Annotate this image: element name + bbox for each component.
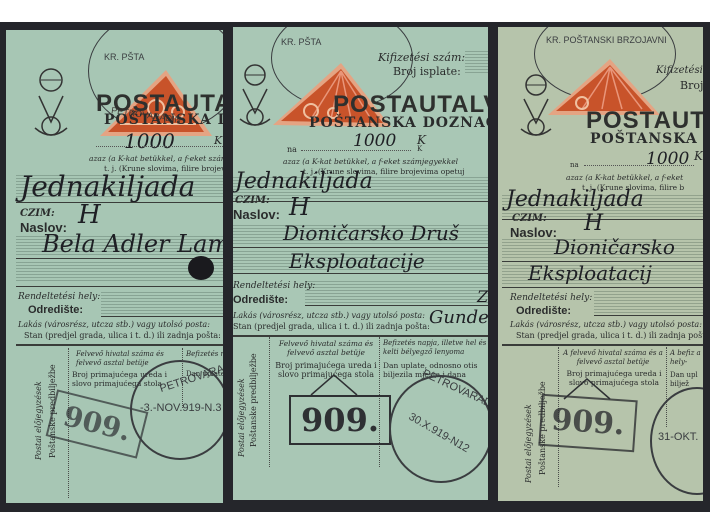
street-label-sr: Stan (predjel grada, ulica i t. d.) ili … [24, 331, 221, 340]
amount-handwritten: 1000 [124, 129, 175, 153]
postmark-text: KR. PŠTA [104, 52, 144, 62]
postal-notes-sr-vertical: Poštanske predbilježbe [249, 353, 258, 447]
currency-label-small: K [417, 145, 422, 153]
street-label-hu: Lakás (városrész, utcza stb.) vagy utols… [18, 320, 210, 329]
postal-notes-hu-vertical: Postai előjegyzések [524, 404, 533, 483]
address-label-sr: Naslov: [510, 225, 557, 240]
crown-posthorn-emblem-icon [31, 62, 71, 148]
amount-in-words-handwritten: Jednakiljada [20, 170, 195, 203]
footer-col2-hu: Befizetés napja, illetve hel és kelti bé… [383, 339, 487, 357]
destination-label-sr: Odredište: [233, 294, 288, 306]
street-label-sr: Stan (predjel grada, ulica i t. d.) ili … [233, 322, 430, 331]
title-serbocroatian: POŠTANSKA DOZNAČNICA [590, 131, 703, 147]
footer-col2-hu: Befizetés napja, illetve [186, 350, 223, 358]
postmark-date: -3.-NOV.919-N.3 [140, 402, 222, 414]
street-handwritten: Gundel [429, 307, 488, 328]
wax-seal-blot [188, 256, 214, 280]
address-label-hu: CZIM: [20, 208, 55, 219]
postmark-text: KR. PŠTA [281, 37, 321, 47]
address-handwritten-line3: Eksploatacije [289, 249, 425, 273]
footer-col1-hu: A felvevő hivatal száma és a felvevő asz… [562, 349, 664, 367]
destination-label-sr: Odredište: [28, 304, 83, 316]
postal-notes-hu-vertical: Postai előjegyzések [237, 378, 246, 457]
address-handwritten-title: H [289, 193, 310, 221]
address-handwritten-name: Bela Adler Lam [42, 230, 223, 258]
destination-label-sr: Odredište: [516, 305, 571, 317]
payout-number-label-hu: Kifizetési [656, 65, 703, 76]
address-handwritten-company: Dioničarsko [554, 235, 675, 259]
address-handwritten-company: Dioničarsko Druš [283, 221, 459, 245]
address-label-hu: CZIM: [512, 213, 547, 224]
title-serbocroatian: POŠTANSKA DOZNAČNICA [309, 115, 488, 131]
street-label-sr: Stan (predjel grada, ulica i t. d.) ili … [516, 331, 703, 340]
amount-in-words-handwritten: Jednakiljada [506, 187, 644, 212]
money-order-card-2: KR. PŠTA Kifizetési szám: Broj isplate: … [233, 27, 488, 500]
address-handwritten-title: H [584, 211, 603, 236]
currency-label: K [694, 149, 703, 163]
address-label-hu: CZIM: [235, 195, 270, 206]
address-handwritten-title: H [78, 200, 101, 230]
amount-words-hu-label: azaz (a K-kat betükkel, a f-eket [566, 173, 683, 182]
payout-number-label-sr: Broj [680, 79, 703, 92]
crown-posthorn-emblem-icon [237, 59, 273, 137]
address-handwritten-line3: Eksploatacij [528, 261, 652, 285]
postmark-text: KR. POŠTANSKI BRZOJAVNI [546, 35, 667, 45]
registration-number-box: 909. [538, 394, 637, 453]
address-label-sr: Naslov: [233, 207, 280, 222]
destination-label-hu: Rendeltetési hely: [510, 293, 592, 303]
postmark-date: 31-OKT. [658, 431, 698, 443]
postal-notes-hu-vertical: Postai előjegyzések [34, 381, 43, 460]
money-order-card-1: KR. PŠTA PETROVARADIN POSTAUTALVÁNY POŠT… [6, 30, 223, 503]
registration-number-box: 909. [289, 395, 391, 445]
footer-col1-hu: Felvevő hivatal száma és felvevő asztal … [275, 339, 377, 357]
payout-number-label-sr: Broj isplate: [393, 65, 461, 78]
stamp-roof-mark-icon [309, 373, 359, 397]
amount-words-hu-label: azaz (a K-kat betükkel, a f-eket számjeg… [89, 154, 223, 163]
na-label: na [570, 161, 579, 169]
na-label: na [287, 145, 297, 154]
footer-col2-hu: A befiz a hely- [670, 349, 703, 367]
destination-handwritten: Z [477, 287, 488, 306]
amount-handwritten: 1000 [353, 131, 396, 151]
destination-label-hu: Rendeltetési hely: [233, 281, 315, 291]
money-order-card-3: KR. POŠTANSKI BRZOJAVNI Kifizetési Broj … [498, 27, 703, 501]
amount-in-words-handwritten: Jednakiljada [235, 169, 373, 194]
title-serbocroatian: POŠTANSKA DOZNAČNICA [104, 112, 223, 128]
destination-label-hu: Rendeltetési hely: [18, 292, 100, 302]
street-label-hu: Lakás (városrész, utcza stb.) vagy utols… [233, 311, 425, 320]
amount-words-hu-label: azaz (a K-kat betükkel, a f-eket számjeg… [283, 157, 458, 166]
street-label-hu: Lakás (városrész, utcza stb.) vagy utols… [510, 320, 702, 329]
